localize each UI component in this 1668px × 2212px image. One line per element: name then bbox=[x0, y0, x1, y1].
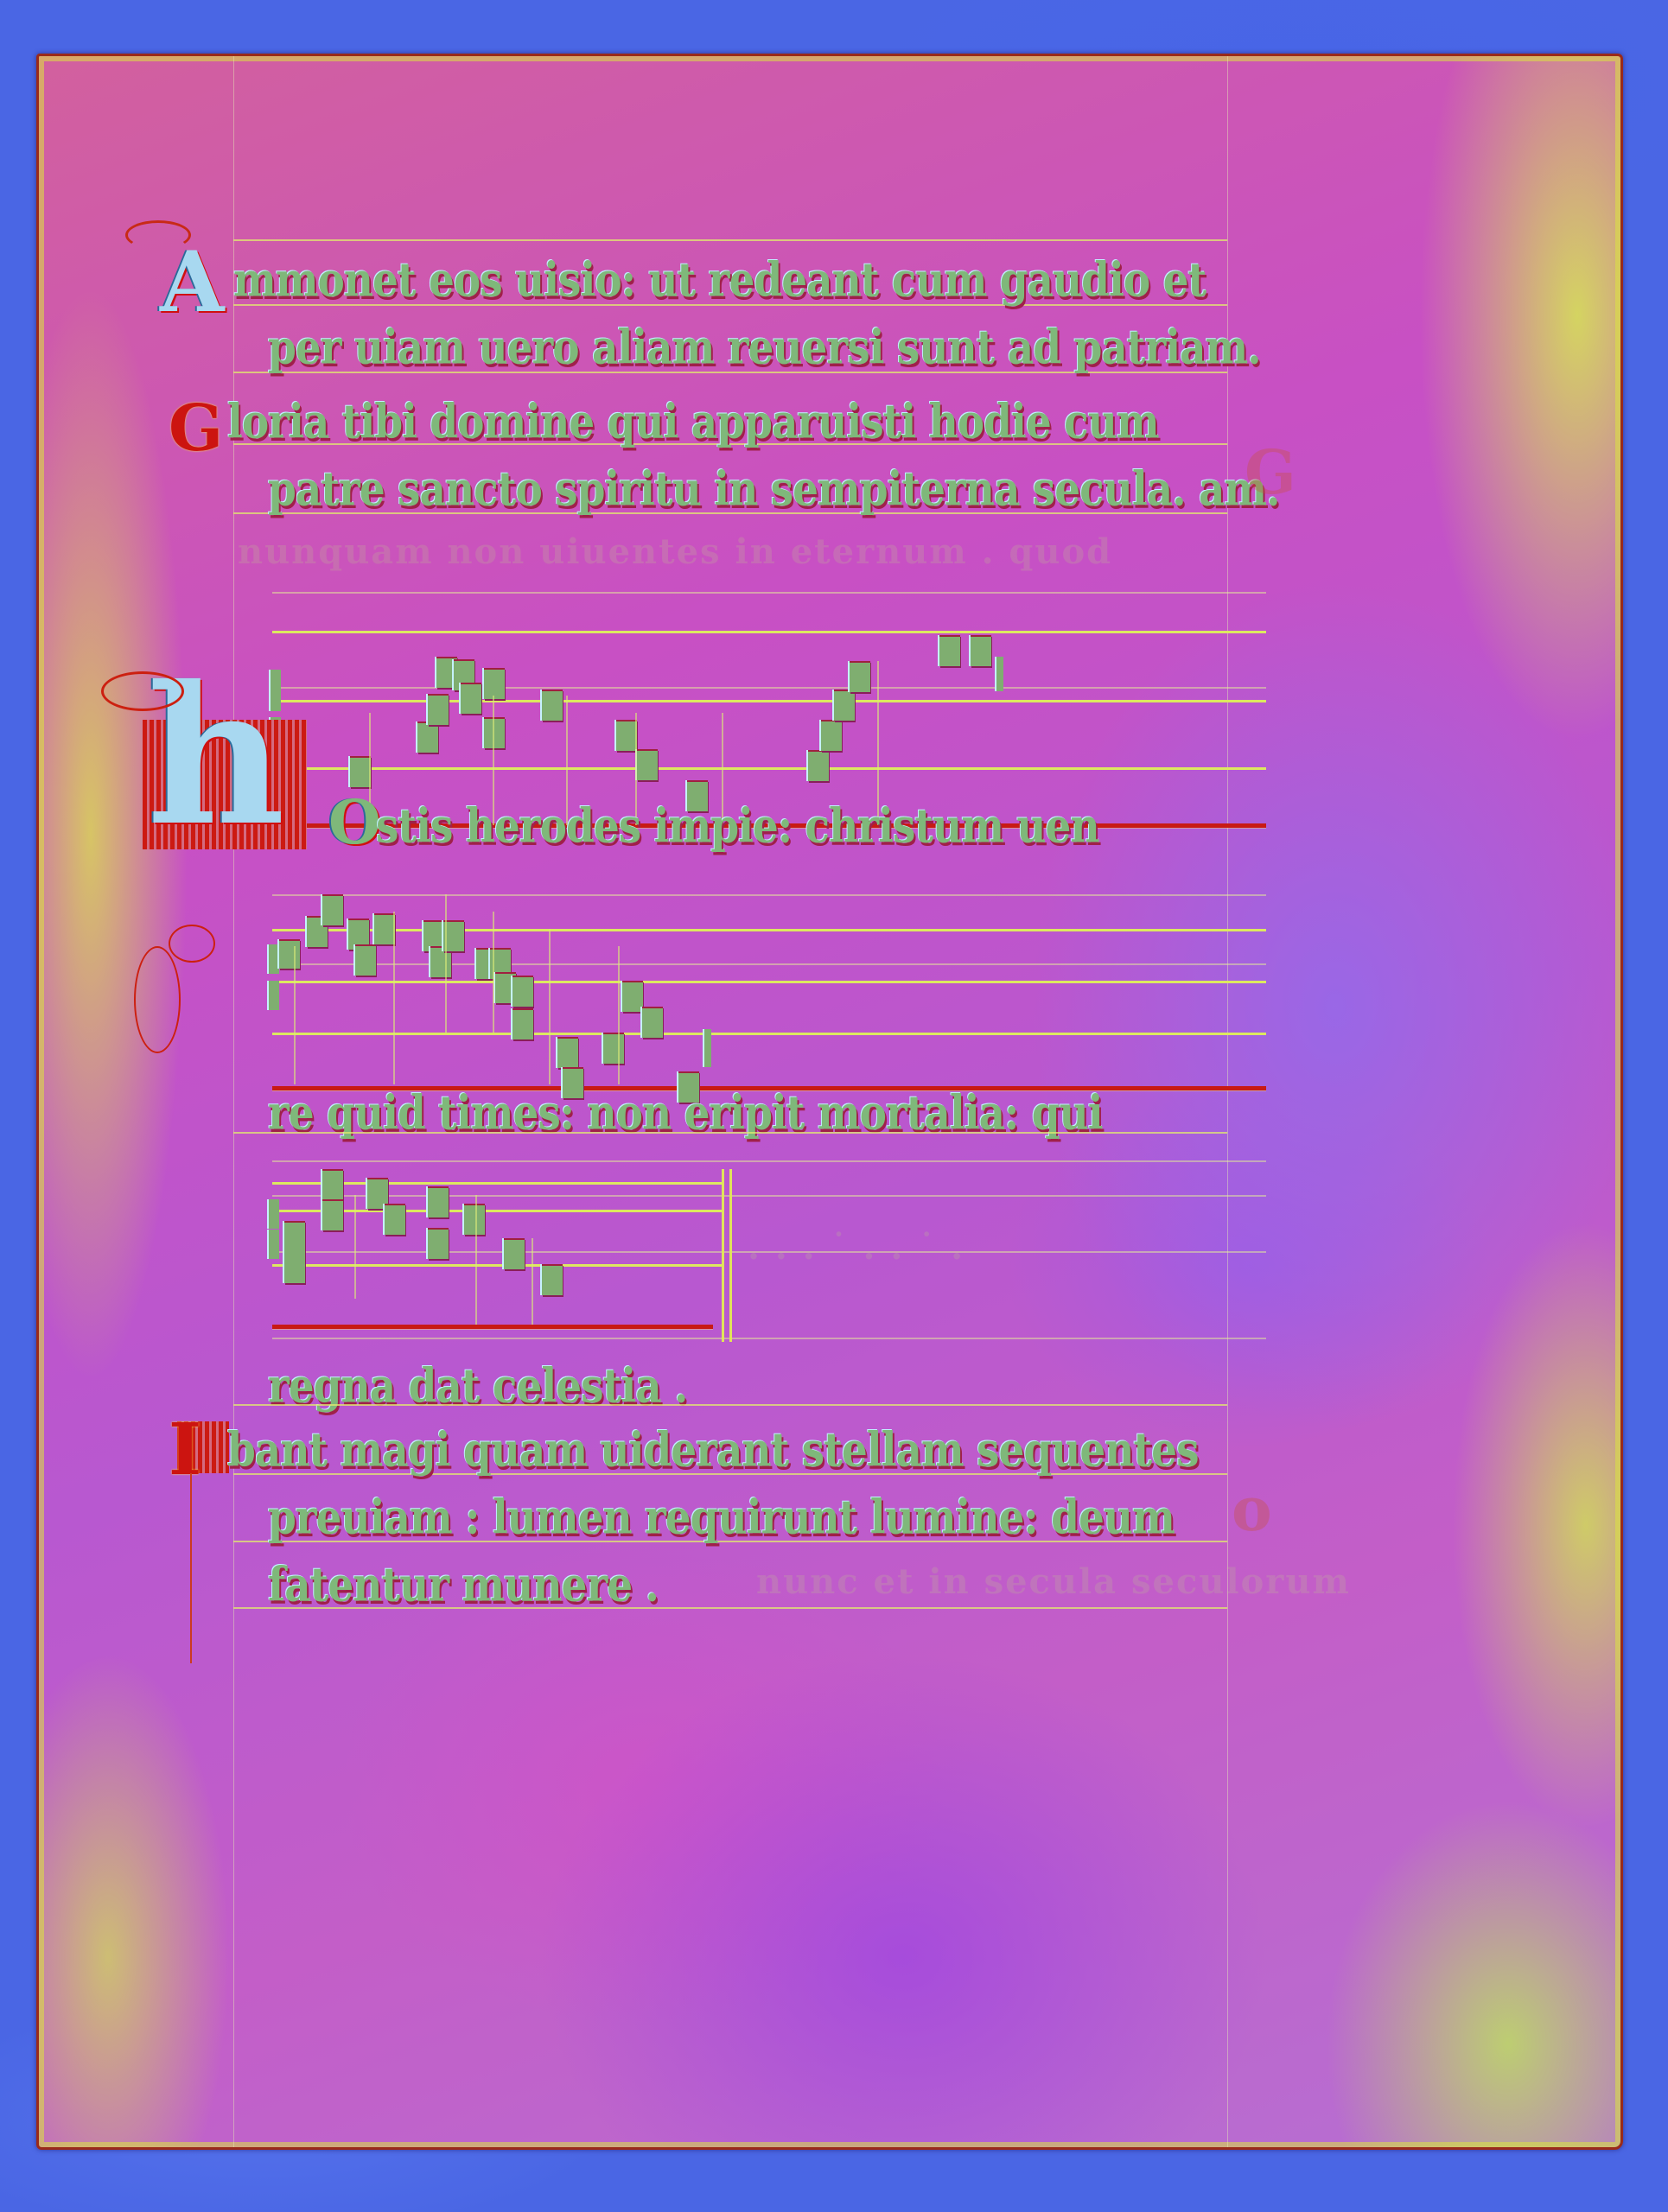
neume bbox=[484, 717, 505, 748]
initial-g: G bbox=[169, 391, 223, 466]
neume bbox=[557, 1037, 578, 1068]
ruling-line bbox=[233, 1132, 1227, 1134]
neume bbox=[461, 683, 481, 714]
neume bbox=[504, 1238, 525, 1269]
bleed-through-text: nunc et in secula seculorum bbox=[756, 1561, 1351, 1602]
c-clef-icon bbox=[269, 944, 279, 974]
neume bbox=[971, 635, 991, 666]
custos-icon bbox=[704, 1029, 711, 1067]
ruling-line bbox=[233, 239, 1227, 241]
neume bbox=[464, 1204, 485, 1235]
text-line: preuiam : lumen requirunt lumine: deum bbox=[268, 1491, 1175, 1545]
neume bbox=[417, 721, 438, 753]
neume bbox=[850, 661, 870, 692]
neume bbox=[279, 939, 300, 969]
ruling-line bbox=[233, 1404, 1227, 1406]
custos-icon bbox=[996, 657, 1003, 691]
text-line: mmonet eos uisio: ut redeant cum gaudio … bbox=[233, 253, 1206, 308]
neume bbox=[322, 1169, 343, 1200]
neume bbox=[512, 1008, 533, 1039]
neume bbox=[284, 1221, 305, 1283]
neume bbox=[622, 981, 643, 1012]
neume bbox=[637, 749, 658, 780]
neume bbox=[821, 720, 842, 751]
text-line: fatentur munere . bbox=[268, 1558, 659, 1612]
c-clef-icon bbox=[269, 981, 279, 1010]
text-line: patre sancto spiritu in sempiterna secul… bbox=[268, 462, 1280, 517]
text-line: per uiam uero aliam reuersi sunt ad patr… bbox=[268, 321, 1261, 375]
flourish bbox=[101, 671, 184, 711]
neume bbox=[428, 1186, 449, 1217]
text-line: loria tibi domine qui apparuisti hodie c… bbox=[227, 395, 1159, 449]
letter-o: O bbox=[328, 786, 381, 858]
chant-lyric-line: stis herodes impie: christum uen bbox=[376, 799, 1099, 854]
initial-flourish-tail bbox=[190, 1473, 192, 1663]
bleed-through-text: nunquam non uiuentes in eternum . quod bbox=[238, 531, 1112, 572]
neume bbox=[428, 1228, 449, 1259]
music-stave-3 bbox=[272, 1160, 1266, 1385]
text-line: bant magi quam uiderant stellam sequente… bbox=[227, 1423, 1199, 1478]
neume bbox=[350, 756, 371, 787]
bleed-through-text: . . . ˙ . . ˙ . bbox=[748, 1227, 965, 1268]
margin-ghost-letter: o bbox=[1232, 1473, 1272, 1545]
flourish bbox=[169, 925, 215, 963]
margin-ghost-letter: G bbox=[1245, 436, 1296, 508]
music-stave-1 bbox=[272, 592, 1266, 817]
manuscript-page: A mmonet eos uisio: ut redeant cum gaudi… bbox=[36, 54, 1623, 2150]
neume bbox=[642, 1007, 663, 1038]
neume bbox=[322, 894, 343, 925]
initial-i: I bbox=[169, 1408, 201, 1491]
double-barline bbox=[722, 1169, 732, 1342]
neume bbox=[542, 1264, 563, 1295]
neume bbox=[603, 1033, 624, 1064]
neume bbox=[939, 635, 960, 666]
ruling-left-margin bbox=[233, 56, 234, 2147]
neume bbox=[834, 690, 855, 721]
neume bbox=[484, 668, 505, 699]
neume bbox=[322, 1199, 343, 1230]
neume bbox=[355, 944, 376, 976]
neume bbox=[542, 690, 563, 721]
neume bbox=[616, 720, 637, 751]
flourish bbox=[134, 946, 181, 1053]
neume bbox=[385, 1204, 405, 1235]
neume bbox=[512, 976, 533, 1007]
neume bbox=[428, 694, 449, 725]
neume bbox=[808, 750, 829, 781]
c-clef-icon bbox=[269, 1199, 279, 1229]
music-stave-2 bbox=[272, 894, 1266, 1119]
c-clef-icon bbox=[269, 1230, 279, 1259]
neume bbox=[374, 913, 395, 944]
flourish bbox=[125, 220, 191, 250]
